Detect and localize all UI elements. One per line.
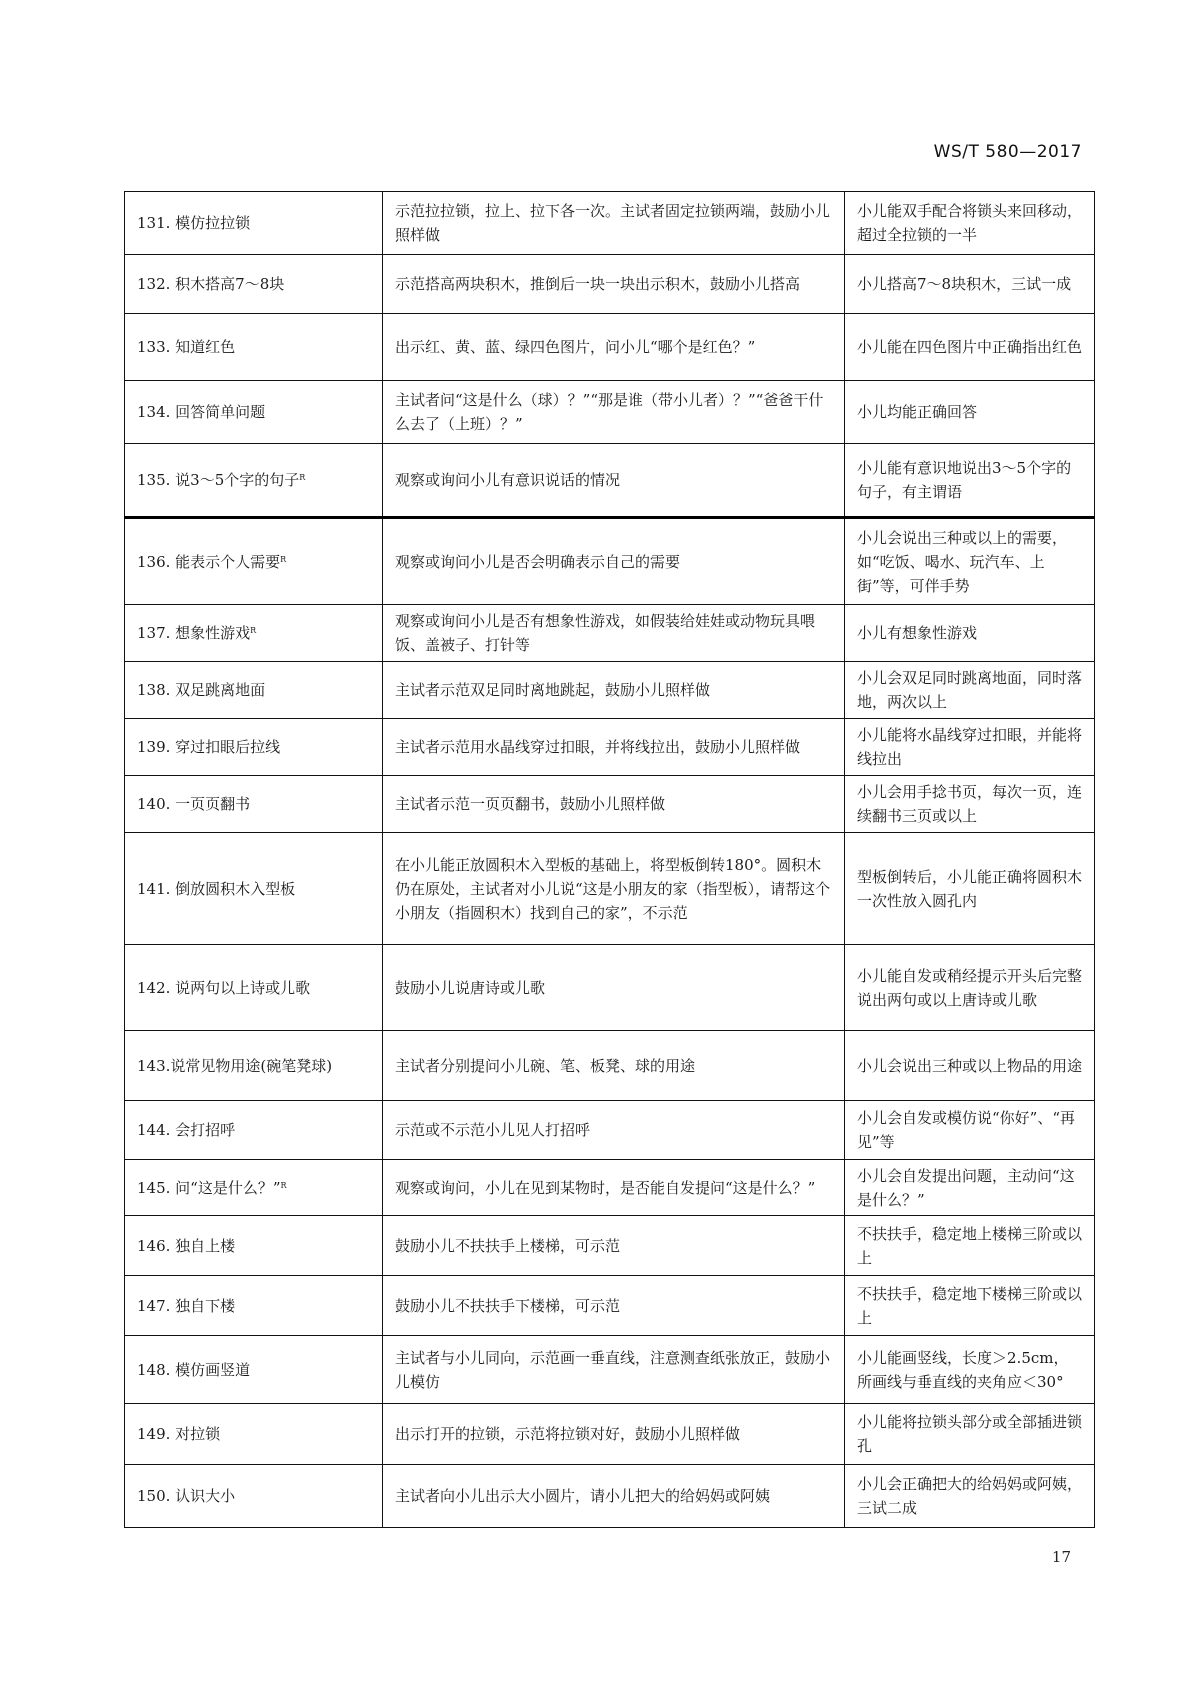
item-cell: 144. 会打招呼 <box>125 1101 383 1160</box>
method-cell: 主试者示范一页页翻书，鼓励小儿照样做 <box>383 776 845 833</box>
criteria-cell: 小儿有想象性游戏 <box>845 605 1095 662</box>
item-label: 137. 想象性游戏 <box>137 624 250 642</box>
item-cell: 141. 倒放圆积木入型板 <box>125 833 383 945</box>
report-marker: R <box>281 1181 287 1190</box>
table-row: 147. 独自下楼鼓励小儿不扶扶手下楼梯，可示范不扶扶手，稳定地下楼梯三阶或以上 <box>125 1276 1095 1336</box>
item-label: 132. 积木搭高7～8块 <box>137 275 284 293</box>
method-cell: 鼓励小儿说唐诗或儿歌 <box>383 945 845 1031</box>
item-cell: 134. 回答简单问题 <box>125 381 383 444</box>
method-cell: 主试者示范双足同时离地跳起，鼓励小儿照样做 <box>383 662 845 719</box>
item-cell: 145. 问“这是什么？”R <box>125 1160 383 1216</box>
table-row: 146. 独自上楼鼓励小儿不扶扶手上楼梯，可示范不扶扶手，稳定地上楼梯三阶或以上 <box>125 1216 1095 1276</box>
item-label: 131. 模仿拉拉锁 <box>137 214 250 232</box>
criteria-cell: 小儿会正确把大的给妈妈或阿姨，三试二成 <box>845 1465 1095 1528</box>
item-label: 142. 说两句以上诗或儿歌 <box>137 979 310 997</box>
item-cell: 131. 模仿拉拉锁 <box>125 192 383 255</box>
item-label: 144. 会打招呼 <box>137 1121 235 1139</box>
method-cell: 观察或询问小儿是否会明确表示自己的需要 <box>383 518 845 605</box>
table-row: 135. 说3～5个字的句子R观察或询问小儿有意识说话的情况小儿能有意识地说出3… <box>125 444 1095 518</box>
criteria-cell: 小儿能将拉锁头部分或全部插进锁孔 <box>845 1404 1095 1465</box>
item-label: 145. 问“这是什么？” <box>137 1179 281 1197</box>
item-cell: 140. 一页页翻书 <box>125 776 383 833</box>
table-row: 131. 模仿拉拉锁示范拉拉锁，拉上、拉下各一次。主试者固定拉锁两端，鼓励小儿照… <box>125 192 1095 255</box>
table-row: 144. 会打招呼示范或不示范小儿见人打招呼小儿会自发或模仿说“你好”、“再见”… <box>125 1101 1095 1160</box>
method-cell: 主试者问“这是什么（球）？”“那是谁（带小儿者）？”“爸爸干什么去了（上班）？” <box>383 381 845 444</box>
table-row: 132. 积木搭高7～8块示范搭高两块积木，推倒后一块一块出示积木，鼓励小儿搭高… <box>125 255 1095 314</box>
item-cell: 135. 说3～5个字的句子R <box>125 444 383 518</box>
criteria-cell: 小儿会说出三种或以上的需要，如“吃饭、喝水、玩汽车、上街”等，可伴手势 <box>845 518 1095 605</box>
item-label: 141. 倒放圆积木入型板 <box>137 880 295 898</box>
method-cell: 出示打开的拉锁，示范将拉锁对好，鼓励小儿照样做 <box>383 1404 845 1465</box>
criteria-cell: 小儿能双手配合将锁头来回移动，超过全拉锁的一半 <box>845 192 1095 255</box>
table-row: 142. 说两句以上诗或儿歌鼓励小儿说唐诗或儿歌小儿能自发或稍经提示开头后完整说… <box>125 945 1095 1031</box>
table-row: 139. 穿过扣眼后拉线主试者示范用水晶线穿过扣眼，并将线拉出，鼓励小儿照样做小… <box>125 719 1095 776</box>
criteria-cell: 小儿能自发或稍经提示开头后完整说出两句或以上唐诗或儿歌 <box>845 945 1095 1031</box>
method-cell: 主试者分别提问小儿碗、笔、板凳、球的用途 <box>383 1031 845 1101</box>
report-marker: R <box>299 473 305 482</box>
table-row: 133. 知道红色出示红、黄、蓝、绿四色图片，问小儿“哪个是红色？”小儿能在四色… <box>125 314 1095 381</box>
method-cell: 示范拉拉锁，拉上、拉下各一次。主试者固定拉锁两端，鼓励小儿照样做 <box>383 192 845 255</box>
page-number: 17 <box>1052 1548 1071 1566</box>
criteria-cell: 小儿会自发提出问题，主动问“这是什么？” <box>845 1160 1095 1216</box>
method-cell: 鼓励小儿不扶扶手上楼梯，可示范 <box>383 1216 845 1276</box>
item-label: 135. 说3～5个字的句子 <box>137 471 299 489</box>
method-cell: 示范搭高两块积木，推倒后一块一块出示积木，鼓励小儿搭高 <box>383 255 845 314</box>
item-label: 143.说常见物用途(碗笔凳球) <box>137 1057 332 1075</box>
criteria-cell: 小儿搭高7～8块积木，三试一成 <box>845 255 1095 314</box>
table-row: 143.说常见物用途(碗笔凳球)主试者分别提问小儿碗、笔、板凳、球的用途小儿会说… <box>125 1031 1095 1101</box>
criteria-cell: 不扶扶手，稳定地下楼梯三阶或以上 <box>845 1276 1095 1336</box>
report-marker: R <box>250 626 256 635</box>
criteria-cell: 型板倒转后，小儿能正确将圆积木一次性放入圆孔内 <box>845 833 1095 945</box>
method-cell: 主试者示范用水晶线穿过扣眼，并将线拉出，鼓励小儿照样做 <box>383 719 845 776</box>
criteria-cell: 小儿均能正确回答 <box>845 381 1095 444</box>
item-cell: 149. 对拉锁 <box>125 1404 383 1465</box>
criteria-cell: 小儿会自发或模仿说“你好”、“再见”等 <box>845 1101 1095 1160</box>
item-cell: 137. 想象性游戏R <box>125 605 383 662</box>
item-label: 146. 独自上楼 <box>137 1237 235 1255</box>
criteria-cell: 小儿会用手捻书页，每次一页，连续翻书三页或以上 <box>845 776 1095 833</box>
table-row: 145. 问“这是什么？”R观察或询问，小儿在见到某物时，是否能自发提问“这是什… <box>125 1160 1095 1216</box>
criteria-cell: 小儿能将水晶线穿过扣眼，并能将线拉出 <box>845 719 1095 776</box>
item-cell: 143.说常见物用途(碗笔凳球) <box>125 1031 383 1101</box>
method-cell: 在小儿能正放圆积木入型板的基础上，将型板倒转180°。圆积木仍在原处，主试者对小… <box>383 833 845 945</box>
item-cell: 139. 穿过扣眼后拉线 <box>125 719 383 776</box>
criteria-cell: 小儿能在四色图片中正确指出红色 <box>845 314 1095 381</box>
table-row: 141. 倒放圆积木入型板在小儿能正放圆积木入型板的基础上，将型板倒转180°。… <box>125 833 1095 945</box>
table-row: 134. 回答简单问题主试者问“这是什么（球）？”“那是谁（带小儿者）？”“爸爸… <box>125 381 1095 444</box>
table-row: 150. 认识大小主试者向小儿出示大小圆片，请小儿把大的给妈妈或阿姨小儿会正确把… <box>125 1465 1095 1528</box>
item-cell: 146. 独自上楼 <box>125 1216 383 1276</box>
report-marker: R <box>280 555 286 564</box>
method-cell: 观察或询问小儿是否有想象性游戏，如假装给娃娃或动物玩具喂饭、盖被子、打针等 <box>383 605 845 662</box>
criteria-cell: 小儿能有意识地说出3～5个字的句子，有主谓语 <box>845 444 1095 518</box>
item-cell: 148. 模仿画竖道 <box>125 1336 383 1404</box>
table-row: 140. 一页页翻书主试者示范一页页翻书，鼓励小儿照样做小儿会用手捻书页，每次一… <box>125 776 1095 833</box>
criteria-cell: 小儿会双足同时跳离地面，同时落地，两次以上 <box>845 662 1095 719</box>
item-cell: 132. 积木搭高7～8块 <box>125 255 383 314</box>
table-row: 137. 想象性游戏R观察或询问小儿是否有想象性游戏，如假装给娃娃或动物玩具喂饭… <box>125 605 1095 662</box>
item-label: 149. 对拉锁 <box>137 1425 220 1443</box>
item-cell: 147. 独自下楼 <box>125 1276 383 1336</box>
method-cell: 观察或询问小儿有意识说话的情况 <box>383 444 845 518</box>
method-cell: 主试者与小儿同向，示范画一垂直线，注意测查纸张放正，鼓励小儿模仿 <box>383 1336 845 1404</box>
table-row: 138. 双足跳离地面主试者示范双足同时离地跳起，鼓励小儿照样做小儿会双足同时跳… <box>125 662 1095 719</box>
item-label: 147. 独自下楼 <box>137 1297 235 1315</box>
criteria-cell: 小儿会说出三种或以上物品的用途 <box>845 1031 1095 1101</box>
item-label: 136. 能表示个人需要 <box>137 553 280 571</box>
table-row: 149. 对拉锁出示打开的拉锁，示范将拉锁对好，鼓励小儿照样做小儿能将拉锁头部分… <box>125 1404 1095 1465</box>
item-cell: 150. 认识大小 <box>125 1465 383 1528</box>
method-cell: 鼓励小儿不扶扶手下楼梯，可示范 <box>383 1276 845 1336</box>
item-label: 133. 知道红色 <box>137 338 235 356</box>
item-label: 150. 认识大小 <box>137 1487 235 1505</box>
criteria-cell: 不扶扶手，稳定地上楼梯三阶或以上 <box>845 1216 1095 1276</box>
item-label: 134. 回答简单问题 <box>137 403 265 421</box>
method-cell: 出示红、黄、蓝、绿四色图片，问小儿“哪个是红色？” <box>383 314 845 381</box>
standard-code: WS/T 580—2017 <box>934 142 1082 162</box>
table-row: 148. 模仿画竖道主试者与小儿同向，示范画一垂直线，注意测查纸张放正，鼓励小儿… <box>125 1336 1095 1404</box>
item-cell: 138. 双足跳离地面 <box>125 662 383 719</box>
method-cell: 观察或询问，小儿在见到某物时，是否能自发提问“这是什么？” <box>383 1160 845 1216</box>
item-cell: 136. 能表示个人需要R <box>125 518 383 605</box>
item-cell: 133. 知道红色 <box>125 314 383 381</box>
assessment-table: 131. 模仿拉拉锁示范拉拉锁，拉上、拉下各一次。主试者固定拉锁两端，鼓励小儿照… <box>124 191 1095 1528</box>
table-row: 136. 能表示个人需要R观察或询问小儿是否会明确表示自己的需要小儿会说出三种或… <box>125 518 1095 605</box>
method-cell: 示范或不示范小儿见人打招呼 <box>383 1101 845 1160</box>
item-label: 139. 穿过扣眼后拉线 <box>137 738 280 756</box>
item-label: 148. 模仿画竖道 <box>137 1361 250 1379</box>
item-label: 138. 双足跳离地面 <box>137 681 265 699</box>
method-cell: 主试者向小儿出示大小圆片，请小儿把大的给妈妈或阿姨 <box>383 1465 845 1528</box>
criteria-cell: 小儿能画竖线，长度＞2.5cm，所画线与垂直线的夹角应＜30° <box>845 1336 1095 1404</box>
item-label: 140. 一页页翻书 <box>137 795 250 813</box>
item-cell: 142. 说两句以上诗或儿歌 <box>125 945 383 1031</box>
